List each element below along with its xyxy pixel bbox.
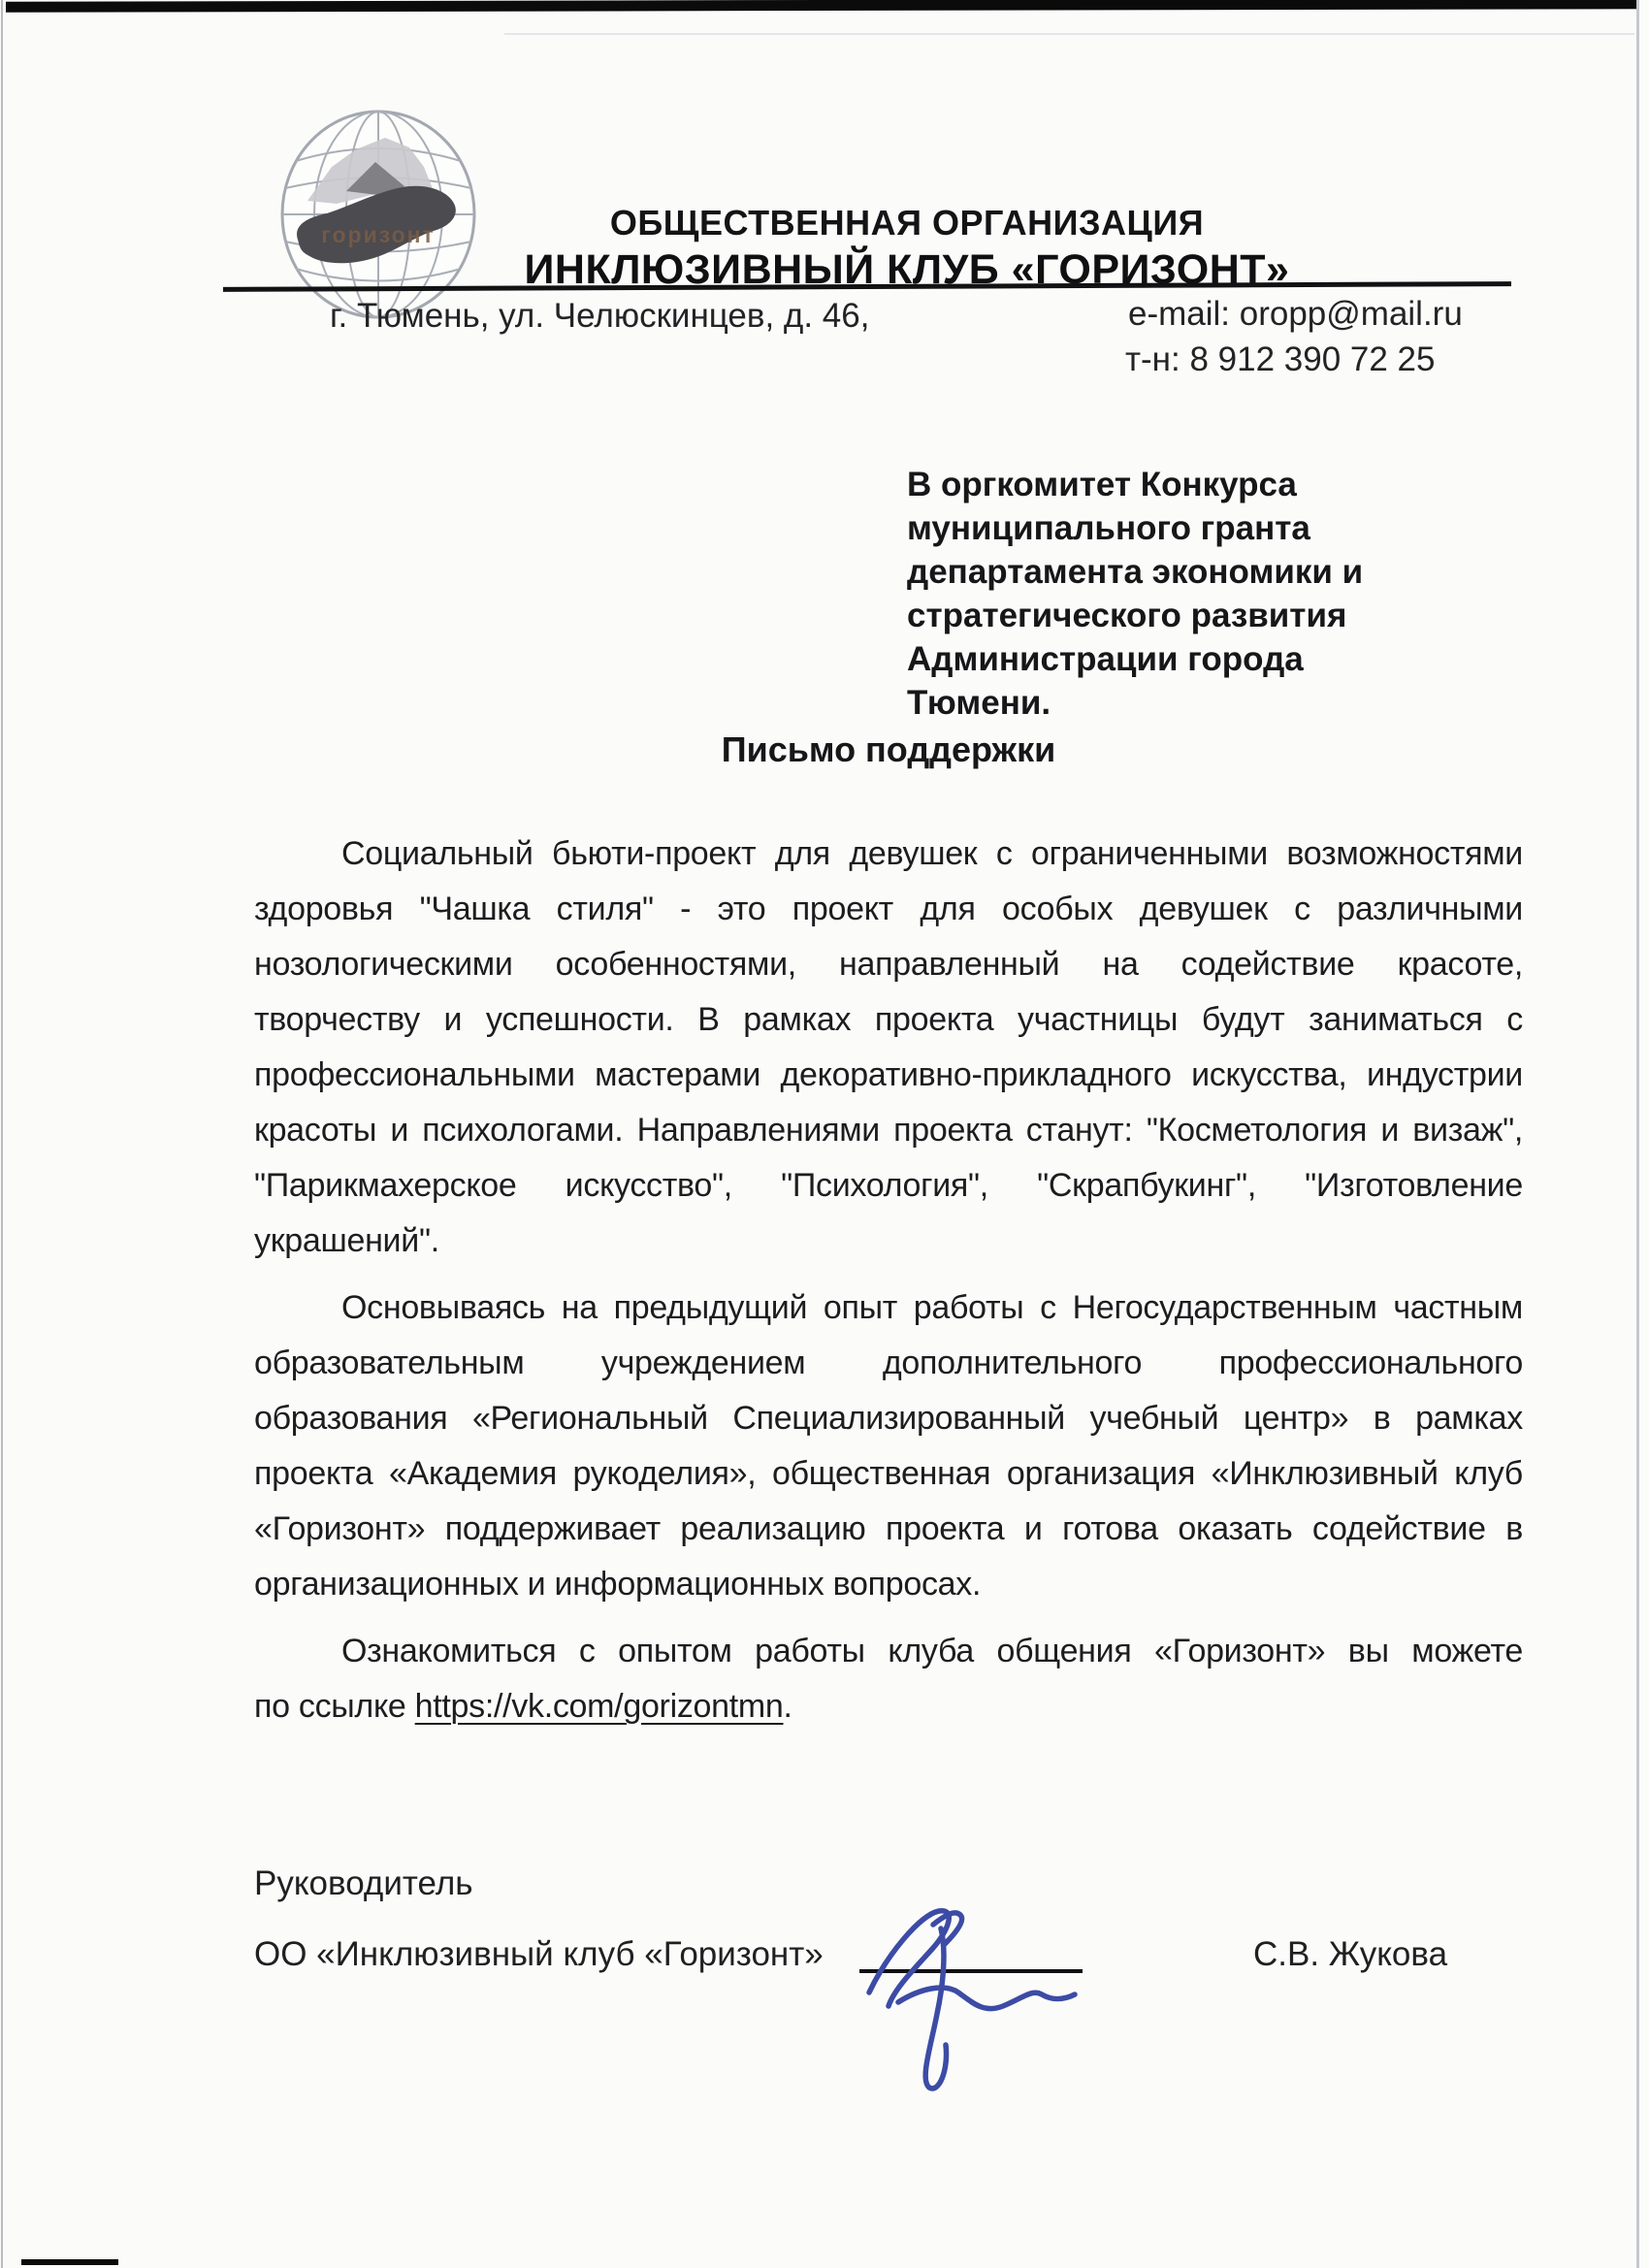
vk-link[interactable]: https://vk.com/gorizontmn bbox=[415, 1688, 784, 1725]
body-line: украшений". bbox=[254, 1214, 1523, 1269]
letterhead: ОБЩЕСТВЕННАЯ ОРГАНИЗАЦИЯ ИНКЛЮЗИВНЫЙ КЛУ… bbox=[359, 202, 1455, 295]
body-line: организационных и информационных вопроса… bbox=[254, 1557, 1523, 1612]
recipient-line: стратегического развития bbox=[907, 594, 1450, 637]
org-phone: т-н: 8 912 390 72 25 bbox=[1125, 340, 1435, 379]
body-line: Социальный бьюти-проект для девушек с ог… bbox=[254, 826, 1523, 882]
paragraph: Ознакомиться с опытом работы клуба общен… bbox=[254, 1624, 1523, 1679]
scan-top-bar bbox=[6, 0, 1637, 13]
scan-left-edge bbox=[1, 0, 3, 2268]
signer-org: ОО «Инклюзивный клуб «Горизонт» bbox=[254, 1935, 824, 1974]
org-type-line: ОБЩЕСТВЕННАЯ ОРГАНИЗАЦИЯ bbox=[359, 202, 1455, 244]
body-line: здоровья "Чашка стиля" - это проект для … bbox=[254, 882, 1523, 937]
body-line: образовательным учреждением дополнительн… bbox=[254, 1336, 1523, 1391]
body-line: профессиональными мастерами декоративно-… bbox=[254, 1048, 1523, 1103]
body-line: нозологическими особенностями, направлен… bbox=[254, 937, 1523, 992]
body-line: образования «Региональный Специализирова… bbox=[254, 1391, 1523, 1446]
recipient-line: В оргкомитет Конкурса bbox=[907, 463, 1450, 506]
body-paragraphs: Социальный бьюти-проект для девушек с ог… bbox=[254, 826, 1523, 1679]
paragraph: Социальный бьюти-проект для девушек с ог… bbox=[254, 826, 1523, 1269]
org-address: г. Тюмень, ул. Челюскинцев, д. 46, bbox=[330, 297, 869, 336]
handwritten-signature bbox=[852, 1899, 1114, 2103]
recipient-line: Администрации города Тюмени. bbox=[907, 637, 1450, 725]
scan-right-edge bbox=[1636, 0, 1639, 2268]
org-email: e-mail: oropp@mail.ru bbox=[1128, 295, 1463, 334]
signer-role: Руководитель bbox=[254, 1864, 472, 1903]
signer-name: С.В. Жукова bbox=[1253, 1935, 1447, 1974]
recipient-line: муниципального гранта bbox=[907, 506, 1450, 550]
body-line: Ознакомиться с опытом работы клуба общен… bbox=[254, 1624, 1523, 1679]
body-line: творчеству и успешности. В рамках проект… bbox=[254, 992, 1523, 1048]
scan-bottom-dash bbox=[21, 2259, 118, 2265]
body-line: Основываясь на предыдущий опыт работы с … bbox=[254, 1280, 1523, 1336]
recipient-line: департамента экономики и bbox=[907, 550, 1450, 594]
letter-body: Социальный бьюти-проект для девушек с ог… bbox=[254, 826, 1523, 1734]
letter-page: горизонт ОБЩЕСТВЕННАЯ ОРГАНИЗАЦИЯ ИНКЛЮЗ… bbox=[0, 0, 1649, 2268]
body-line: "Парикмахерское искусство", "Психология"… bbox=[254, 1158, 1523, 1214]
body-line: проекта «Академия рукоделия», общественн… bbox=[254, 1446, 1523, 1502]
body-line: «Горизонт» поддерживает реализацию проек… bbox=[254, 1502, 1523, 1557]
body-line: красоты и психологами. Направлениями про… bbox=[254, 1103, 1523, 1158]
scan-faint-line bbox=[504, 33, 1634, 35]
link-prefix: по ссылке bbox=[254, 1688, 415, 1725]
link-suffix: . bbox=[784, 1688, 792, 1725]
recipient-block: В оргкомитет Конкурсамуниципального гран… bbox=[907, 463, 1450, 725]
letter-title: Письмо поддержки bbox=[254, 729, 1523, 770]
paragraph: Основываясь на предыдущий опыт работы с … bbox=[254, 1280, 1523, 1612]
link-line: по ссылке https://vk.com/gorizontmn. bbox=[254, 1679, 1523, 1734]
